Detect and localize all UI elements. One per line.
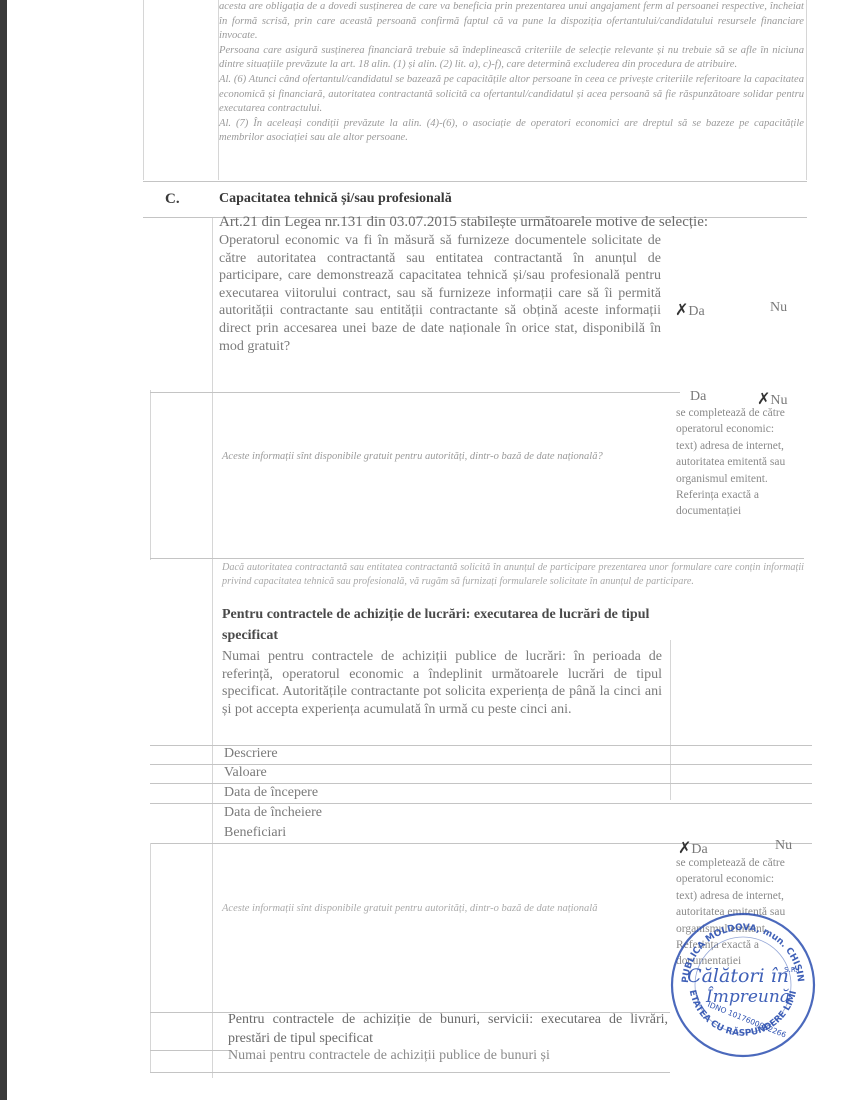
paragraph-line: Al. (7) În aceleași condiții prevăzute l… (219, 117, 804, 146)
works-availability-note: Aceste informații sînt disponibile gratu… (222, 902, 652, 915)
goods-title: Pentru contractele de achiziție de bunur… (228, 1010, 668, 1048)
answer-da[interactable]: Da (690, 389, 706, 405)
scan-edge (0, 0, 7, 1100)
paragraph-line: Al. (6) Atunci când ofertantul/candidatu… (219, 73, 804, 117)
table-divider (212, 218, 213, 1078)
svg-text:Călători în: Călători în (687, 965, 789, 987)
section-title: Capacitatea tehnică și/sau profesională (219, 191, 452, 207)
table-divider (150, 1072, 670, 1073)
table-divider (150, 392, 680, 393)
field-beneficiaries: Beneficiari (224, 825, 286, 841)
works-title: Pentru contractele de achiziție de lucră… (222, 604, 662, 646)
answer-da-checked[interactable]: ✗Da (675, 300, 705, 320)
answer-nu[interactable]: Nu (770, 300, 787, 316)
svg-text:S.R.L.: S.R.L. (784, 966, 804, 974)
works-answer-nu[interactable]: Nu (775, 838, 792, 854)
table-divider (806, 0, 807, 180)
field-description: Descriere (224, 746, 278, 762)
table-divider (150, 843, 812, 844)
question-paragraph: Operatorul economic va fi în măsură să f… (219, 232, 661, 355)
paragraph-line: acesta are obligația de a dovedi susține… (219, 0, 804, 44)
section-letter: C. (165, 191, 180, 208)
cross-mark-icon: ✗ (675, 300, 688, 319)
table-divider (150, 803, 812, 804)
continued-paragraph: acesta are obligația de a dovedi susține… (219, 0, 804, 146)
article-line: Art.21 din Legea nr.131 din 03.07.2015 s… (219, 214, 708, 231)
availability-note: Aceste informații sînt disponibile gratu… (222, 450, 652, 463)
table-divider (150, 1050, 230, 1051)
table-divider (670, 640, 671, 800)
table-divider (150, 390, 151, 560)
works-paragraph: Numai pentru contractele de achiziții pu… (222, 648, 662, 718)
table-divider (150, 843, 151, 1073)
paragraph-line: Persoana care asigură susținerea financi… (219, 44, 804, 73)
table-divider (150, 558, 804, 559)
field-start-date: Data de începere (224, 785, 318, 801)
table-divider (150, 783, 812, 784)
field-value: Valoare (224, 765, 267, 781)
field-end-date: Data de încheiere (224, 805, 322, 821)
company-stamp-icon: REPUBLICA MOLDOVA, mun. CHIȘINĂU SOCIETA… (668, 910, 818, 1060)
table-divider (143, 0, 144, 180)
if-requested-note: Dacă autoritatea contractantă sau entita… (222, 561, 804, 588)
side-note: se completează de către operatorul econo… (676, 405, 796, 520)
table-divider (143, 181, 807, 182)
goods-paragraph: Numai pentru contractele de achiziții pu… (228, 1048, 668, 1064)
